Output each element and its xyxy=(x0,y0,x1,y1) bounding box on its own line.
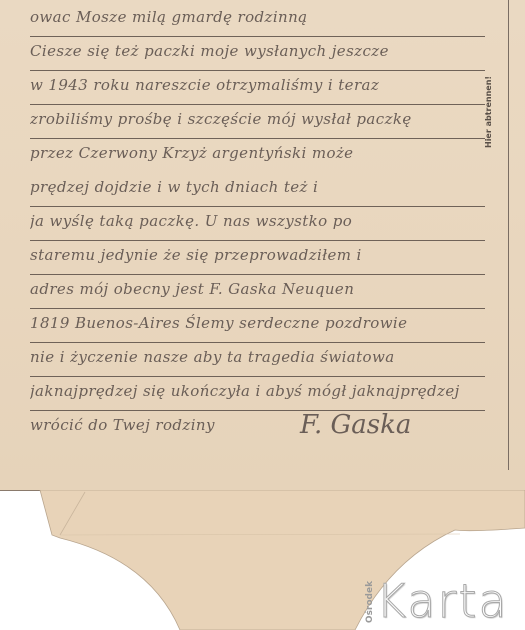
signature: F. Gaska xyxy=(300,410,411,440)
letter-line: owac Mosze milą gmardę rodzinną xyxy=(30,2,485,37)
watermark-small-text: Ośrodek xyxy=(348,596,392,608)
watermark-brand: Karta xyxy=(376,578,509,624)
perforation-line xyxy=(508,0,509,470)
letter-line: w 1943 roku nareszcie otrzymaliśmy i ter… xyxy=(30,70,485,105)
watermark: Ośrodek Karta xyxy=(364,578,509,624)
letter-line: wrócić do Twej rodziny xyxy=(30,410,485,444)
letter-line: 1819 Buenos-Aires Ślemy serdeczne pozdro… xyxy=(30,308,485,343)
letter-line: staremu jedynie że się przeprowadziłem i xyxy=(30,240,485,275)
tear-here-label: Hier abtrennen! xyxy=(484,78,493,148)
letter-sheet: owac Mosze milą gmardę rodzinną Ciesze s… xyxy=(0,0,525,490)
letter-line: ja wyślę taką paczkę. U nas wszystko po xyxy=(30,206,485,241)
letter-line: przez Czerwony Krzyż argentyński może xyxy=(30,138,485,172)
letter-line: nie i życzenie nasze aby ta tragedia świ… xyxy=(30,342,485,377)
letter-line: adres mój obecny jest F. Gaska Neuquen xyxy=(30,274,485,309)
letter-line: zrobiliśmy prośbę i szczęście mój wysłał… xyxy=(30,104,485,139)
letter-line: prędzej dojdzie i w tych dniach też i xyxy=(30,172,485,207)
letter-line: Ciesze się też paczki moje wysłanych jes… xyxy=(30,36,485,71)
letter-body: owac Mosze milą gmardę rodzinną Ciesze s… xyxy=(30,0,485,420)
letter-line: jaknajprędzej się ukończyła i abyś mógł … xyxy=(30,376,485,411)
